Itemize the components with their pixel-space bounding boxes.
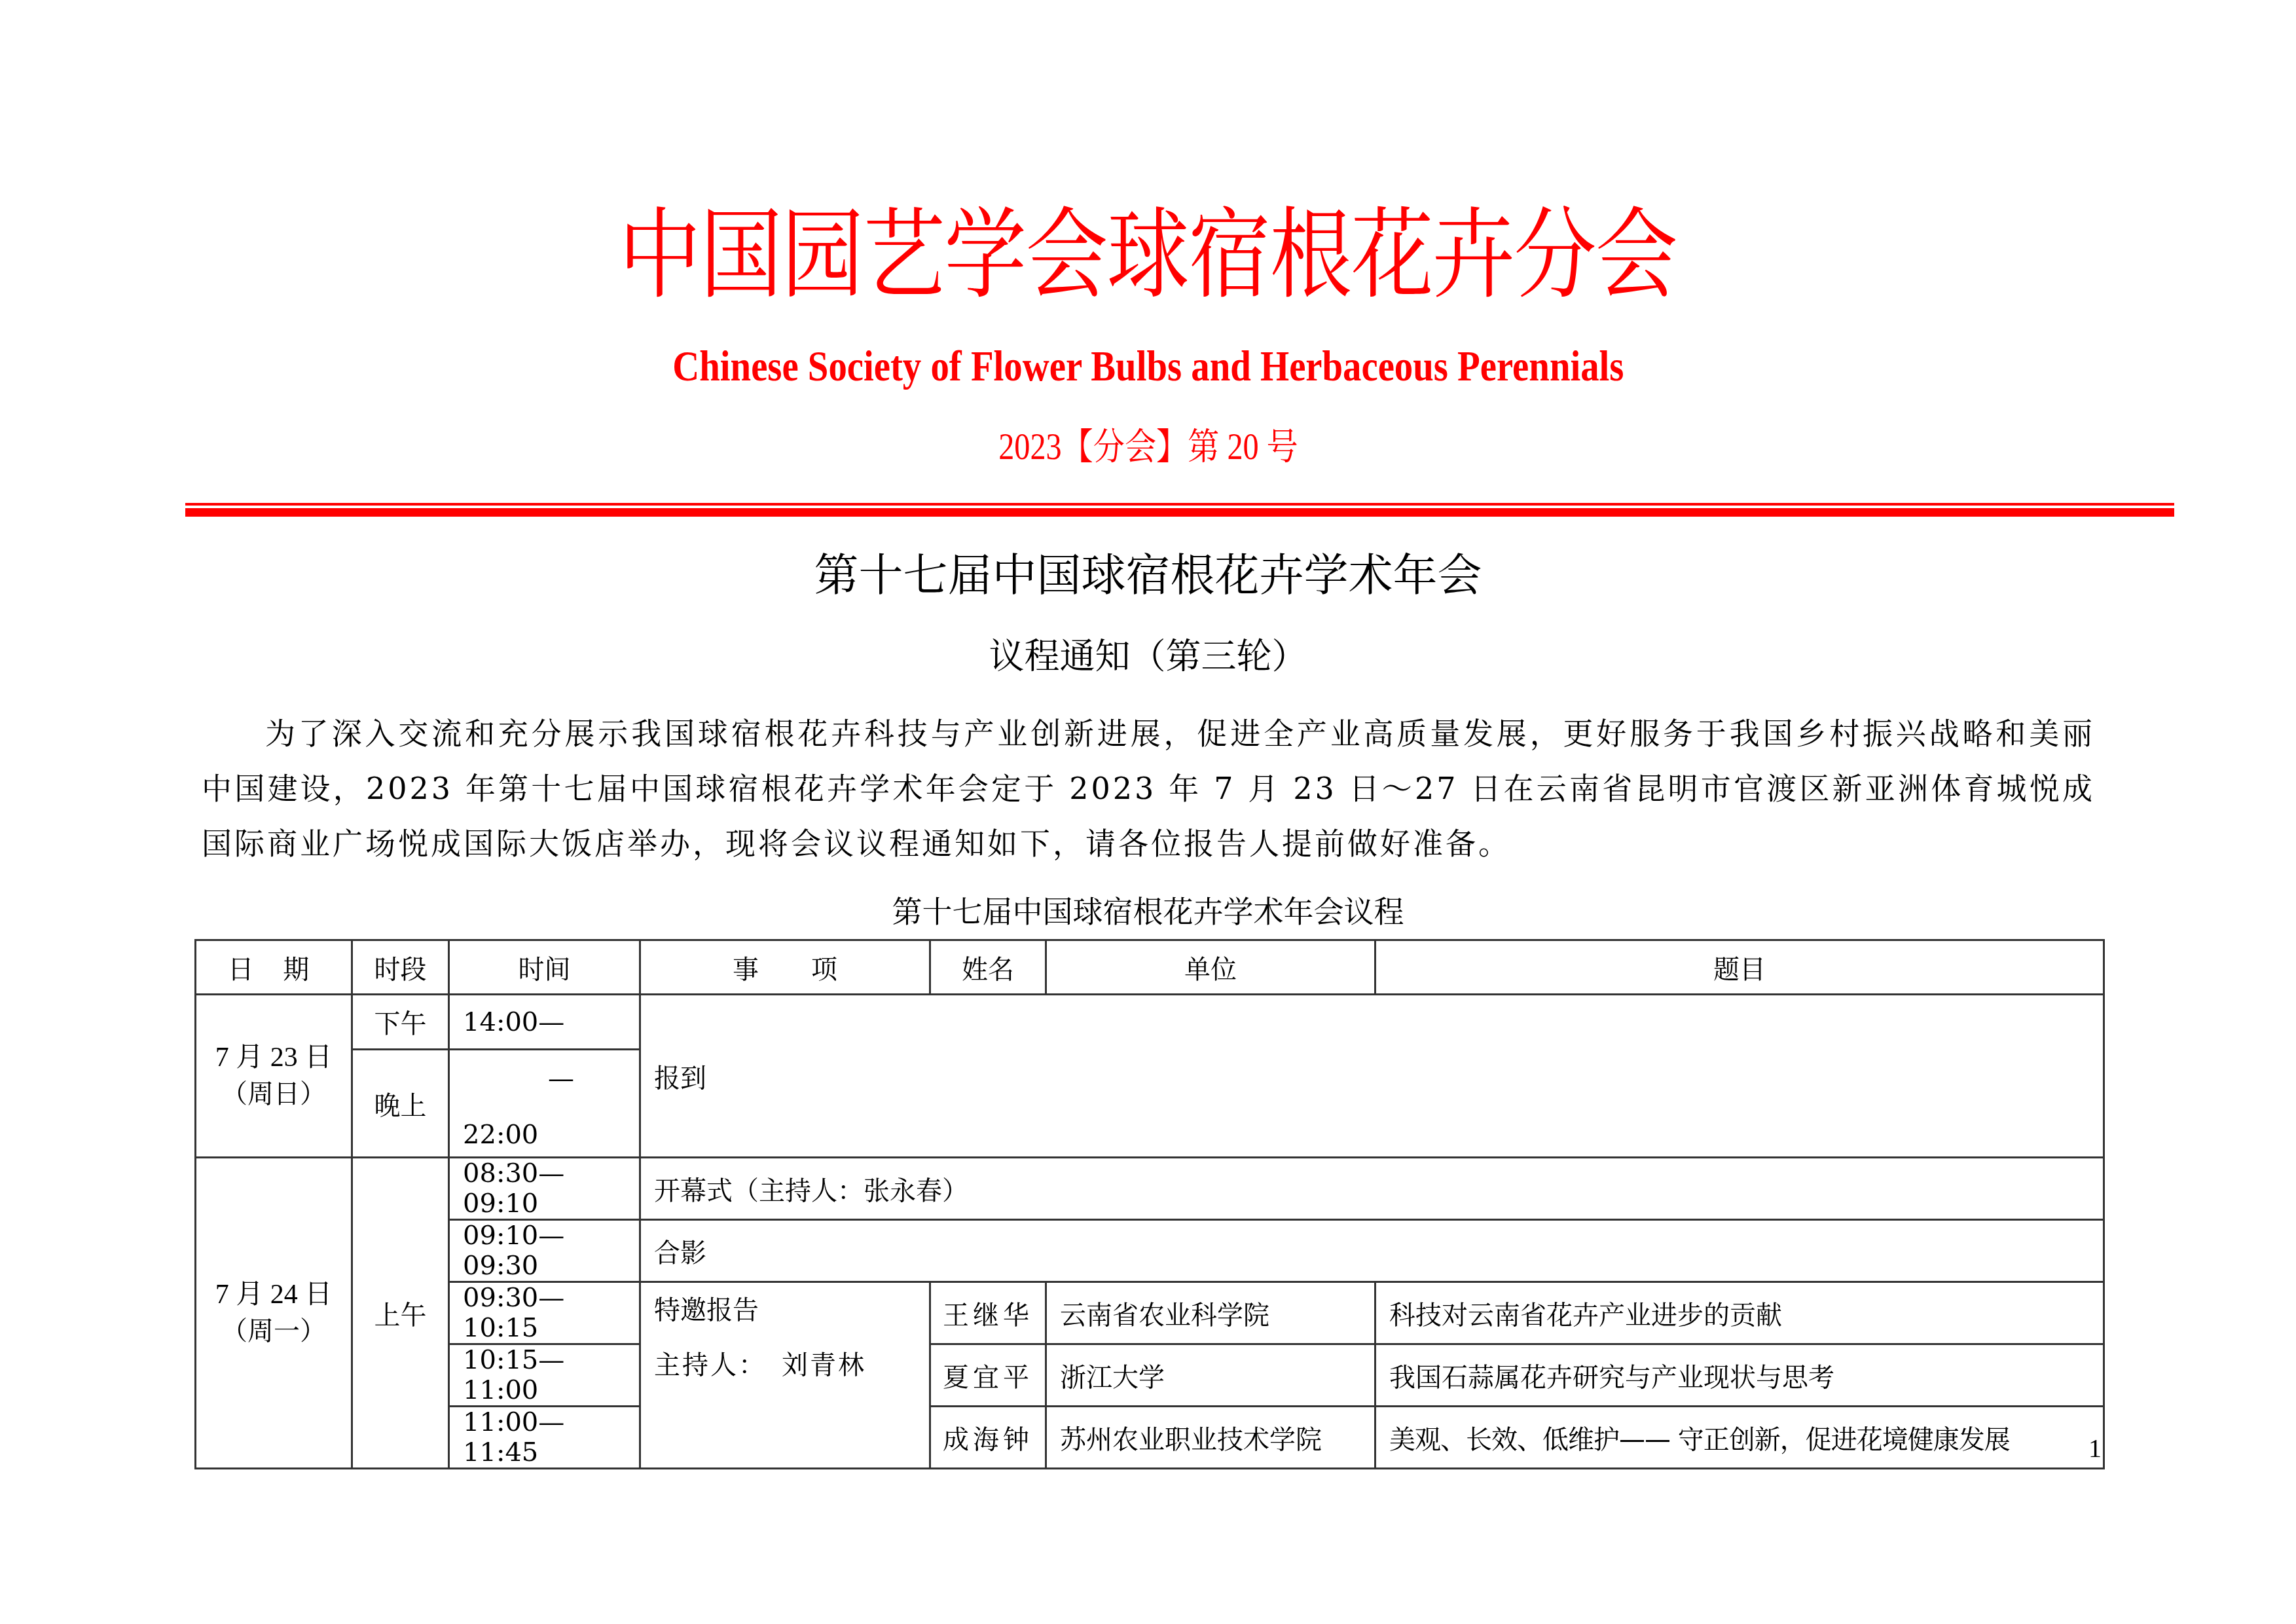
talk-topic: 我国石蒜属花卉研究与产业现状与思考 [1376, 1344, 2104, 1407]
table-row: 09:10—09:30 合影 [196, 1220, 2104, 1282]
speaker-unit: 浙江大学 [1046, 1344, 1376, 1407]
time-slot: 09:10—09:30 [449, 1220, 640, 1282]
document-number: 2023【分会】第 20 号 [0, 424, 2296, 470]
item-registration: 报到 [640, 995, 2104, 1158]
speaker-name: 成海钟 [930, 1407, 1046, 1469]
page-number: 1 [2082, 1435, 2108, 1462]
item-group-photo: 合影 [640, 1220, 2104, 1282]
talk-topic: 美观、长效、低维护—— 守正创新，促进花境健康发展 [1376, 1407, 2104, 1469]
table-row: 7 月 24 日 （周一） 上午 08:30—09:10 开幕式（主持人：张永春… [196, 1158, 2104, 1220]
speaker-name: 夏宜平 [930, 1344, 1046, 1407]
time-end: 22:00 [463, 1120, 538, 1150]
agenda-caption: 第十七届中国球宿根花卉学术年会议程 [0, 892, 2296, 931]
speaker-unit: 苏州农业职业技术学院 [1046, 1407, 1376, 1469]
table-row: 11:00—11:45 成海钟 苏州农业职业技术学院 美观、长效、低维护—— 守… [196, 1407, 2104, 1469]
keynote-cell: 特邀报告 主持人： 刘青林 [640, 1282, 930, 1469]
date-day1: 7 月 23 日 [210, 1039, 338, 1076]
item-opening: 开幕式（主持人：张永春） [640, 1158, 2104, 1220]
table-row: 09:30—10:15 特邀报告 主持人： 刘青林 王继华 云南省农业科学院 科… [196, 1282, 2104, 1344]
table-row: 10:15—11:00 夏宜平 浙江大学 我国石蒜属花卉研究与产业现状与思考 [196, 1344, 2104, 1407]
letterhead-rule-thick [185, 508, 2174, 517]
table-row: 7 月 23 日 （周日） 下午 14:00— 报到 [196, 995, 2104, 1050]
time-slot: 08:30—09:10 [449, 1158, 640, 1220]
header-unit: 单位 [1046, 940, 1376, 995]
time-slot: 10:15—11:00 [449, 1344, 640, 1407]
time-dash: — [548, 1063, 574, 1094]
letterhead-rule-thin [185, 503, 2174, 506]
header-name: 姓名 [930, 940, 1046, 995]
period-morning: 上午 [352, 1158, 449, 1469]
time-start-day1: 14:00— [449, 995, 640, 1050]
conference-title: 第十七届中国球宿根花卉学术年会 [0, 550, 2296, 602]
speaker-unit: 云南省农业科学院 [1046, 1282, 1376, 1344]
agenda-table: 日 期 时段 时间 事 项 姓名 单位 题目 7 月 23 日 （周日） 下午 … [194, 939, 2105, 1469]
header-topic: 题目 [1376, 940, 2104, 995]
intro-paragraph: 为了深入交流和充分展示我国球宿根花卉科技与产业创新进展，促进全产业高质量发展，更… [202, 706, 2095, 871]
keynote-host: 主持人： 刘青林 [654, 1347, 916, 1384]
org-name-cn: 中国园艺学会球宿根花卉分会 [0, 200, 2296, 311]
org-name-en: Chinese Society of Flower Bulbs and Herb… [0, 341, 2296, 393]
period-evening: 晚上 [352, 1050, 449, 1158]
header-period: 时段 [352, 940, 449, 995]
weekday-day1: （周日） [210, 1076, 338, 1113]
header-time: 时间 [449, 940, 640, 995]
time-end-day1: — 22:00 [449, 1050, 640, 1158]
header-item: 事 项 [640, 940, 930, 995]
date-cell-day1: 7 月 23 日 （周日） [196, 995, 352, 1158]
time-slot: 11:00—11:45 [449, 1407, 640, 1469]
header-date: 日 期 [196, 940, 352, 995]
speaker-name: 王继华 [930, 1282, 1046, 1344]
keynote-title: 特邀报告 [654, 1292, 916, 1329]
period-afternoon: 下午 [352, 995, 449, 1050]
date-cell-day2: 7 月 24 日 （周一） [196, 1158, 352, 1469]
date-day2: 7 月 24 日 [210, 1276, 338, 1313]
talk-topic: 科技对云南省花卉产业进步的贡献 [1376, 1282, 2104, 1344]
table-header-row: 日 期 时段 时间 事 项 姓名 单位 题目 [196, 940, 2104, 995]
weekday-day2: （周一） [210, 1313, 338, 1350]
time-slot: 09:30—10:15 [449, 1282, 640, 1344]
notice-subtitle: 议程通知（第三轮） [0, 634, 2296, 680]
